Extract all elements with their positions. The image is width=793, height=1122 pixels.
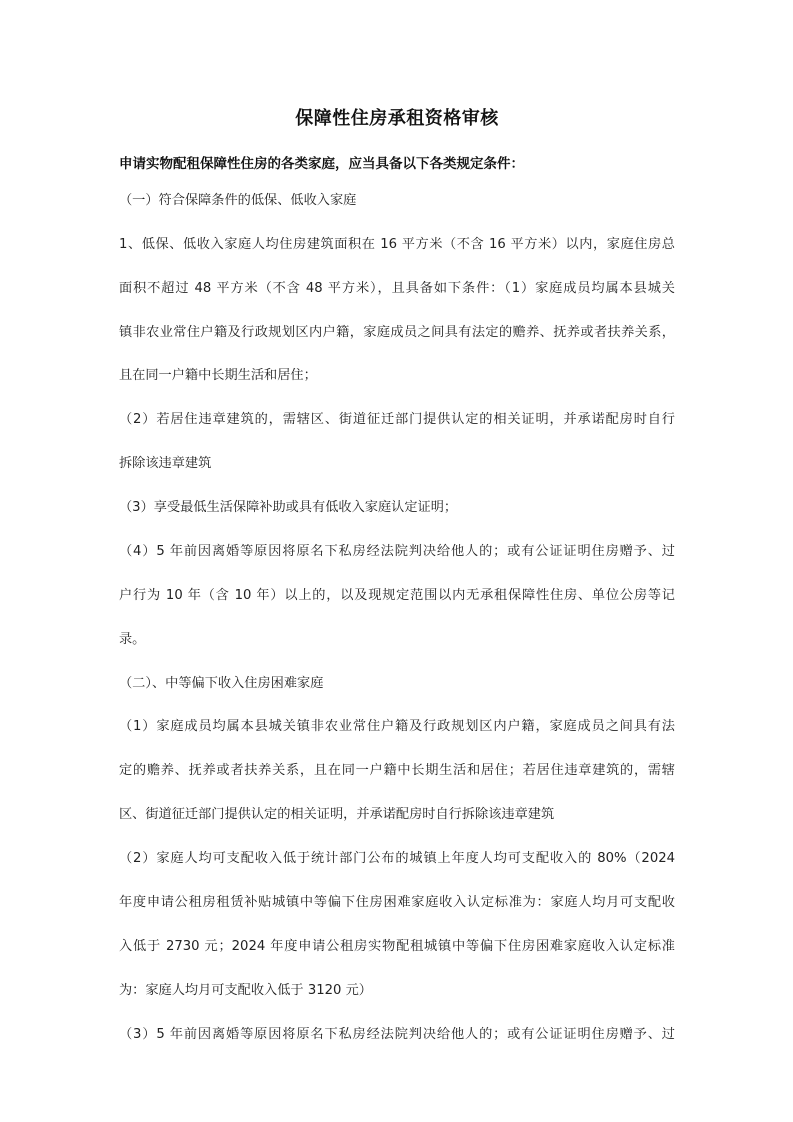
section-heading-1: （一）符合保障条件的低保、低收入家庭 [119, 192, 356, 210]
paragraph-line: （3）享受最低生活保障补助或具有低收入家庭认定证明； [119, 499, 457, 517]
paragraph-line: （1）家庭成员均属本县城关镇非农业常住户籍及行政规划区内户籍，家庭成员之间具有法 [119, 718, 675, 736]
paragraph-line: （4）5 年前因离婚等原因将原名下私房经法院判决给他人的；或有公证证明住房赠予、… [119, 543, 675, 561]
lead-paragraph: 申请实物配租保障性住房的各类家庭，应当具备以下各类规定条件： [119, 152, 524, 172]
section-heading-2: （二）、中等偏下收入住房困难家庭 [119, 675, 323, 693]
paragraph-line: 年度申请公租房租赁补贴城镇中等偏下住房困难家庭收入认定标准为：家庭人均月可支配收 [119, 894, 675, 912]
paragraph-line: 区、街道征迁部门提供认定的相关证明，并承诺配房时自行拆除该违章建筑 [119, 806, 554, 824]
document-title: 保障性住房承租资格审核 [119, 104, 675, 130]
paragraph-line: （2）若居住违章建筑的，需辖区、街道征迁部门提供认定的相关证明，并承诺配房时自行 [119, 411, 675, 429]
paragraph-line: 为：家庭人均月可支配收入低于 3120 元） [119, 982, 372, 1000]
paragraph-line: （3）5 年前因离婚等原因将原名下私房经法院判决给他人的；或有公证证明住房赠予、… [119, 1026, 675, 1044]
paragraph-line: 面积不超过 48 平方米（不含 48 平方米），且具备如下条件：（1）家庭成员均… [119, 280, 675, 298]
paragraph-line: 录。 [119, 631, 145, 649]
paragraph-line: 镇非农业常住户籍及行政规划区内户籍，家庭成员之间具有法定的赡养、抚养或者扶养关系… [119, 324, 675, 342]
paragraph-line: 且在同一户籍中长期生活和居住； [119, 367, 317, 385]
paragraph-line: 入低于 2730 元；2024 年度申请公租房实物配租城镇中等偏下住房困难家庭收… [119, 938, 675, 956]
document-page: 保障性住房承租资格审核 申请实物配租保障性住房的各类家庭，应当具备以下各类规定条… [0, 0, 793, 1122]
paragraph-line: 拆除该违章建筑 [119, 455, 211, 473]
paragraph-line: 1、低保、低收入家庭人均住房建筑面积在 16 平方米（不含 16 平方米）以内，… [119, 236, 675, 254]
paragraph-line: 户行为 10 年（含 10 年）以上的，以及现规定范围以内无承租保障性住房、单位… [119, 587, 675, 605]
paragraph-line: （2）家庭人均可支配收入低于统计部门公布的城镇上年度人均可支配收入的 80%（2… [119, 850, 675, 868]
paragraph-line: 定的赡养、抚养或者扶养关系，且在同一户籍中长期生活和居住；若居住违章建筑的，需辖 [119, 762, 675, 780]
